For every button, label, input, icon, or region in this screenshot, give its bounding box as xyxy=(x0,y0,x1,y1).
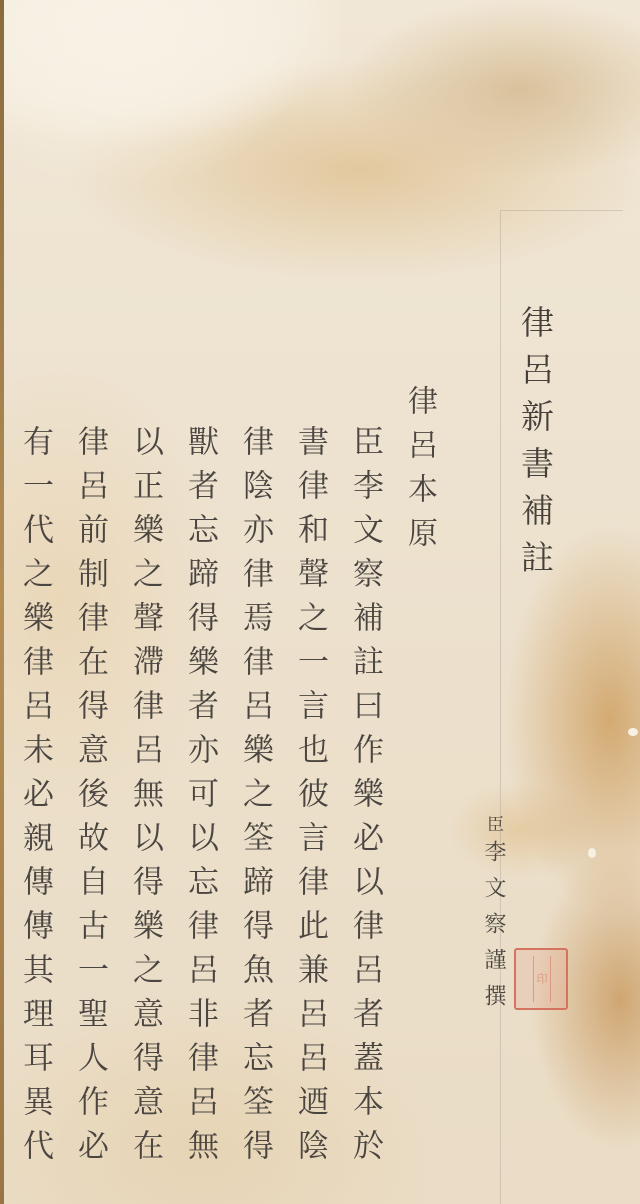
page-binding-edge xyxy=(0,0,4,1204)
signature-prefix: 臣 xyxy=(483,815,503,840)
text-column-5: 以正樂之聲滯律呂無以得樂之意得意在 xyxy=(129,425,160,1173)
manuscript-page: 律呂新書補註 律呂本原 臣李文察補註曰作樂必以律呂者蓋本於 書律和聲之一言也彼言… xyxy=(0,0,640,1204)
paper-hole xyxy=(588,848,596,858)
signature-name: 李文察 xyxy=(481,840,506,948)
text-column-6: 律呂前制律在得意後故自古一聖人作必 xyxy=(74,425,105,1173)
section-heading: 律呂本原 xyxy=(404,385,434,561)
text-column-2: 書律和聲之一言也彼言律此兼呂呂迺陰 xyxy=(294,425,325,1173)
author-signature: 臣李文察謹撰 xyxy=(482,815,504,1020)
text-column-3: 律陰亦律焉律呂樂之筌蹄得魚者忘筌得 xyxy=(239,425,270,1173)
book-title: 律呂新書補註 xyxy=(519,305,552,587)
seal-icon: 印 xyxy=(516,950,566,1008)
text-column-1: 臣李文察補註曰作樂必以律呂者蓋本於 xyxy=(349,425,380,1173)
paper-hole xyxy=(628,728,638,736)
text-column-4: 獸者忘蹄得樂者亦可以忘律呂非律呂無 xyxy=(184,425,215,1173)
red-seal-stamp: 印 xyxy=(514,948,568,1010)
text-column-7: 有一代之樂律呂未必親傳傳其理耳異代 xyxy=(19,425,50,1173)
signature-suffix: 謹撰 xyxy=(481,948,506,1020)
paper-clean-area xyxy=(0,0,340,150)
